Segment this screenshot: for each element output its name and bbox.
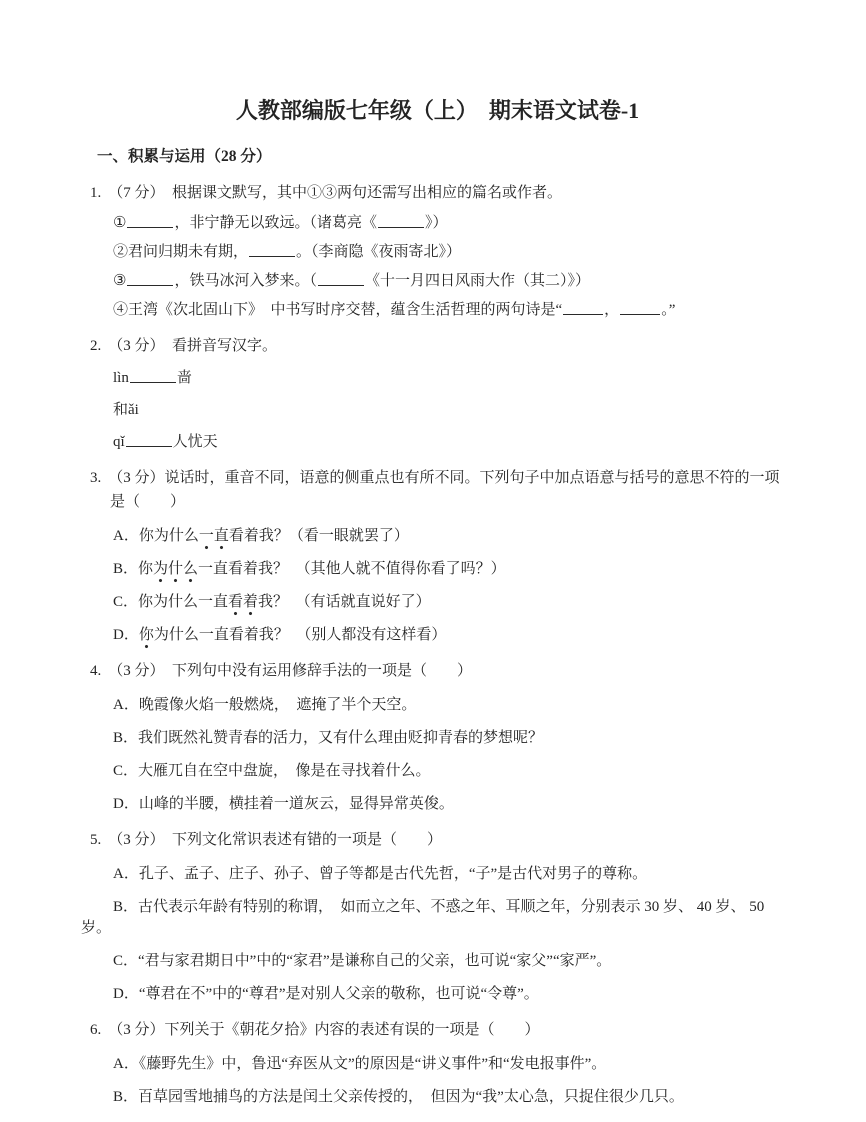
pinyin-item-2: 和ǎi (113, 400, 794, 421)
option-letter: B． (113, 1089, 138, 1105)
option-row-a: A．《藤野先生》中，鲁迅“弃医从文”的原因是“讲义事件”和“发电报事件”。 (81, 1054, 794, 1075)
option-row-d: D．你为什么一直看着我？ （别人都没有这样看） (81, 625, 794, 646)
emphasized-text: 为什么 (153, 561, 198, 583)
option-letter: B． (113, 899, 138, 915)
pinyin-text: qǐ (113, 434, 125, 450)
question-number: 4. (90, 663, 101, 679)
question-score: （7 分） (108, 185, 157, 201)
exam-paper-page: 人教部编版七年级（上） 期末语文试卷-1 一、积累与运用（28 分） 1.（7 … (0, 0, 866, 1122)
option-letter: C． (113, 953, 138, 969)
fill-item-text: ④王湾《次北固山下》 中书写时序交替，蕴含生活哲理的两句诗是“ (113, 302, 562, 318)
question-score: （3 分） (108, 470, 164, 486)
question-stem-text: 下列关于《朝花夕拾》内容的表述有误的一项是（ ） (165, 1022, 540, 1038)
question-number: 6. (90, 1022, 101, 1038)
question-stem-text: 说话时，重音不同，语意的侧重点也有所不同。下列句子中加点语意与括号的意思不符的一… (110, 470, 780, 510)
answer-blank (378, 214, 424, 228)
pinyin-item-char: 啬 (177, 370, 192, 386)
question-number: 2. (90, 338, 101, 354)
answer-blank (563, 301, 603, 315)
question-score: （3 分） (108, 832, 157, 848)
option-text: 你 (138, 561, 153, 577)
fill-item-2: ②君问归期未有期，。（李商隐《夜雨寄北》） (113, 242, 794, 263)
fill-item-text: ，铁马冰河入梦来。（ (174, 273, 317, 289)
question-5: 5.（3 分） 下列文化常识表述有错的一项是（ ） A．孔子、孟子、庄子、孙子、… (81, 828, 794, 1005)
option-row-a: A．孔子、孟子、庄子、孙子、曾子等都是古代先哲，“子”是古代对男子的尊称。 (81, 864, 794, 885)
fill-item-text: ，非宁静无以致远。（诸葛亮《 (174, 215, 377, 231)
option-letter: C． (113, 594, 138, 610)
option-row-d: D．山峰的半腰，横挂着一道灰云，显得异常英俊。 (81, 794, 794, 815)
option-text: 我？ (258, 594, 303, 610)
option-letter: A． (113, 528, 139, 544)
option-letter: B． (113, 561, 138, 577)
section-heading: 一、积累与运用（28 分） (97, 146, 794, 168)
answer-blank (318, 272, 364, 286)
question-stem: 1.（7 分） 根据课文默写，其中①③两句还需写出相应的篇名或作者。 (81, 181, 794, 205)
option-text: 孔子、孟子、庄子、孙子、曾子等都是古代先哲，“子”是古代对男子的尊称。 (139, 866, 647, 882)
option-letter: A． (113, 697, 139, 713)
fill-item-3: ③，铁马冰河入梦来。（《十一月四日风雨大作（其二）》） (113, 271, 794, 292)
answer-blank (249, 243, 295, 257)
option-letter: D． (113, 986, 139, 1002)
fill-item-4: ④王湾《次北固山下》 中书写时序交替，蕴含生活哲理的两句诗是“，。” (113, 300, 794, 321)
answer-blank (620, 301, 660, 315)
option-row-b: B．古代表示年龄有特别的称谓， 如而立之年、不惑之年、耳顺之年，分别表示 30 … (81, 897, 794, 939)
option-row-b: B．百草园雪地捕鸟的方法是闰土父亲传授的， 但因为“我”太心急，只捉住很少几只。 (81, 1087, 794, 1108)
pinyin-item-char: 人忧天 (173, 434, 218, 450)
option-row-c: C．你为什么一直看着我？ （有话就直说好了） (81, 592, 794, 613)
option-row-a: A．晚霞像火焰一般燃烧， 遮掩了半个天空。 (81, 695, 794, 716)
fill-item-text: 。” (661, 302, 675, 318)
option-row-c: C．大雁兀自在空中盘旋， 像是在寻找着什么。 (81, 761, 794, 782)
question-stem: 6.（3 分）下列关于《朝花夕拾》内容的表述有误的一项是（ ） (81, 1018, 794, 1042)
option-text: 你为什么一直 (138, 594, 228, 610)
option-text: 一直看着我？ (198, 561, 303, 577)
question-number: 5. (90, 832, 101, 848)
option-letter: B． (113, 730, 138, 746)
question-score: （3 分） (108, 338, 157, 354)
fill-item-1: ①，非宁静无以致远。（诸葛亮《》） (113, 213, 794, 234)
answer-blank (130, 369, 176, 383)
option-letter: A． (113, 1056, 139, 1072)
option-text: 你为什么 (139, 528, 199, 544)
question-stem-text: 下列文化常识表述有错的一项是（ ） (157, 832, 442, 848)
pinyin-text: lìn (113, 370, 129, 386)
question-3: 3.（3 分）说话时，重音不同，语意的侧重点也有所不同。下列句子中加点语意与括号… (81, 466, 794, 646)
question-number: 1. (90, 185, 101, 201)
fill-item-text: ③ (113, 273, 126, 289)
pinyin-item-1: lìn啬 (113, 368, 794, 389)
emphasized-text: 你 (139, 627, 154, 649)
question-score: （3 分） (108, 663, 157, 679)
option-text: 晚霞像火焰一般燃烧， 遮掩了半个天空。 (139, 697, 417, 713)
paren-note: （有话就直说好了） (303, 594, 431, 610)
option-row-c: C．“君与家君期日中”中的“家君”是谦称自己的父亲，也可说“家父”“家严”。 (81, 951, 794, 972)
fill-item-text: 》） (425, 215, 448, 231)
fill-item-text: ②君问归期未有期， (113, 244, 248, 260)
option-row-a: A．你为什么一直看着我？（看一眼就罢了） (81, 526, 794, 547)
question-stem: 5.（3 分） 下列文化常识表述有错的一项是（ ） (81, 828, 794, 852)
option-row-b: B．你为什么一直看着我？ （其他人就不值得你看了吗？） (81, 559, 794, 580)
fill-item-text: ， (604, 302, 619, 318)
answer-blank (126, 433, 172, 447)
option-text: 古代表示年龄有特别的称谓， 如而立之年、不惑之年、耳顺之年，分别表示 30 岁、… (81, 899, 764, 936)
option-text: 大雁兀自在空中盘旋， 像是在寻找着什么。 (138, 763, 431, 779)
pinyin-text: 和ǎi (113, 402, 139, 418)
fill-item-text: ① (113, 215, 126, 231)
question-stem-text: 看拼音写汉字。 (157, 338, 277, 354)
option-text: 我们既然礼赞青春的活力，又有什么理由贬抑青春的梦想呢？ (138, 730, 543, 746)
question-6: 6.（3 分）下列关于《朝花夕拾》内容的表述有误的一项是（ ） A．《藤野先生》… (81, 1018, 794, 1108)
answer-blank (127, 214, 173, 228)
question-score: （3 分） (108, 1022, 164, 1038)
option-text: “尊君在不”中的“尊君”是对别人父亲的敬称，也可说“令尊”。 (139, 986, 539, 1002)
paren-note: （别人都没有这样看） (304, 627, 447, 643)
fill-item-text: 。（李商隐《夜雨寄北》） (296, 244, 461, 260)
option-text: 山峰的半腰，横挂着一道灰云，显得异常英俊。 (139, 796, 454, 812)
question-stem: 3.（3 分）说话时，重音不同，语意的侧重点也有所不同。下列句子中加点语意与括号… (81, 466, 794, 514)
option-letter: D． (113, 796, 139, 812)
question-2: 2.（3 分） 看拼音写汉字。 lìn啬 和ǎi qǐ人忧天 (81, 334, 794, 453)
option-text: 《藤野先生》中，鲁迅“弃医从文”的原因是“讲义事件”和“发电报事件”。 (139, 1056, 606, 1072)
question-4: 4.（3 分） 下列句中没有运用修辞手法的一项是（ ） A．晚霞像火焰一般燃烧，… (81, 659, 794, 815)
fill-item-text: 《十一月四日风雨大作（其二）》） (365, 273, 590, 289)
answer-blank (127, 272, 173, 286)
emphasized-text: 看着 (228, 594, 258, 616)
option-text: “君与家君期日中”中的“家君”是谦称自己的父亲，也可说“家父”“家严”。 (138, 953, 611, 969)
option-row-b: B．我们既然礼赞青春的活力，又有什么理由贬抑青春的梦想呢？ (81, 728, 794, 749)
paren-note: （其他人就不值得你看了吗？） (303, 561, 506, 577)
emphasized-text: 一直 (199, 528, 229, 550)
option-text: 看着我？ (229, 528, 289, 544)
pinyin-item-3: qǐ人忧天 (113, 432, 794, 453)
question-stem-text: 根据课文默写，其中①③两句还需写出相应的篇名或作者。 (157, 185, 562, 201)
option-row-d: D．“尊君在不”中的“尊君”是对别人父亲的敬称，也可说“令尊”。 (81, 984, 794, 1005)
option-text: 为什么一直看着我？ (154, 627, 304, 643)
option-letter: C． (113, 763, 138, 779)
option-letter: A． (113, 866, 139, 882)
question-stem: 4.（3 分） 下列句中没有运用修辞手法的一项是（ ） (81, 659, 794, 683)
option-letter: D． (113, 627, 139, 643)
option-text: 百草园雪地捕鸟的方法是闰土父亲传授的， 但因为“我”太心急，只捉住很少几只。 (138, 1089, 684, 1105)
question-stem: 2.（3 分） 看拼音写汉字。 (81, 334, 794, 358)
question-1: 1.（7 分） 根据课文默写，其中①③两句还需写出相应的篇名或作者。 ①，非宁静… (81, 181, 794, 321)
question-number: 3. (90, 470, 101, 486)
question-stem-text: 下列句中没有运用修辞手法的一项是（ ） (157, 663, 472, 679)
page-title: 人教部编版七年级（上） 期末语文试卷-1 (81, 96, 794, 126)
paren-note: （看一眼就罢了） (289, 528, 409, 544)
